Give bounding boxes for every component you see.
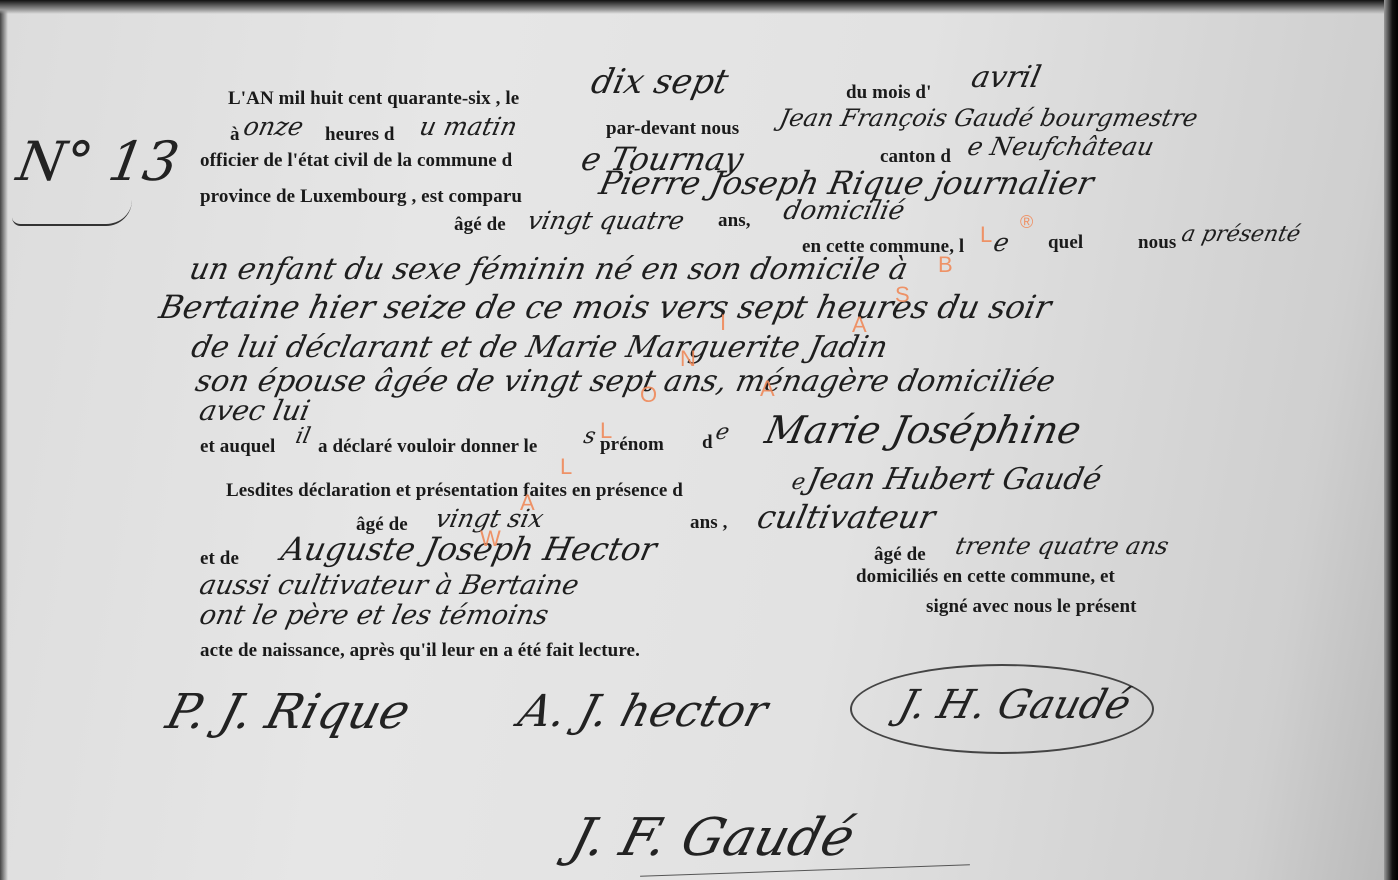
signature-officer: J. F. Gaudé bbox=[564, 808, 861, 868]
printed-de: d bbox=[702, 432, 713, 454]
hw-body-line-3: de lui déclarant et de Marie Marguerite … bbox=[188, 330, 891, 365]
entry-number: N° 13 bbox=[12, 130, 183, 193]
hw-child-name: Marie Joséphine bbox=[761, 408, 1085, 452]
entry-number-flourish bbox=[12, 200, 132, 226]
hw-month: avril bbox=[968, 60, 1044, 95]
printed-month-label: du mois d' bbox=[846, 82, 931, 104]
printed-and-to-whom: et auquel bbox=[200, 436, 275, 458]
watermark-letter: A bbox=[520, 490, 535, 516]
page-right-edge bbox=[1384, 0, 1398, 880]
printed-years: ans, bbox=[718, 210, 751, 232]
watermark-letter: L bbox=[600, 418, 612, 444]
printed-hours: heures d bbox=[325, 124, 395, 146]
hw-presented: a présenté bbox=[1179, 222, 1302, 247]
hw-time-of-day: u matin bbox=[417, 112, 520, 141]
hw-prenom-de: e bbox=[713, 420, 731, 445]
printed-declared-name: a déclaré vouloir donner le bbox=[318, 436, 537, 458]
watermark-letter: O bbox=[640, 382, 657, 408]
signature-witness2: A. J. hector bbox=[513, 686, 773, 737]
watermark-letter: I bbox=[720, 310, 726, 336]
watermark-letter: L bbox=[560, 454, 572, 480]
printed-at: à bbox=[230, 124, 240, 146]
printed-witness2-age-label: âgé de bbox=[874, 544, 926, 566]
hw-hour: onze bbox=[241, 112, 306, 141]
hw-body-line-1: un enfant du sexe féminin né en son domi… bbox=[186, 252, 911, 287]
printed-witnesses-line: Lesdites déclaration et présentation fai… bbox=[226, 480, 683, 502]
printed-nous: nous bbox=[1138, 232, 1176, 254]
watermark-letter: N bbox=[680, 346, 696, 372]
printed-domiciled: domiciliés en cette commune, et bbox=[856, 566, 1115, 588]
watermark-letter: B bbox=[938, 252, 953, 278]
hw-officer: Jean François Gaudé bourgmestre bbox=[777, 104, 1200, 132]
hw-declarant-age: vingt quatre bbox=[525, 206, 687, 235]
printed-birth-act-line: acte de naissance, après qu'il leur en a… bbox=[200, 640, 640, 662]
hw-witness2-age: trente quatre ans bbox=[953, 532, 1171, 560]
watermark-letter: A bbox=[760, 376, 775, 402]
signature-witness1: J. H. Gaudé bbox=[894, 682, 1136, 728]
printed-quel: quel bbox=[1048, 232, 1083, 254]
printed-signed-with-us: signé avec nous le présent bbox=[926, 596, 1137, 618]
document-page: N° 13 L'AN mil huit cent quarante-six , … bbox=[0, 0, 1398, 880]
watermark-letter: W bbox=[480, 526, 501, 552]
printed-officer-line: officier de l'état civil de la commune d bbox=[200, 150, 512, 172]
printed-year-line: L'AN mil huit cent quarante-six , le bbox=[228, 88, 519, 110]
page-top-edge bbox=[0, 0, 1398, 14]
hw-witness2-name: Auguste Joseph Hector bbox=[278, 530, 660, 568]
signature-father: P. J. Rique bbox=[160, 684, 416, 740]
hw-canton: e Neufchâteau bbox=[965, 132, 1157, 161]
printed-before-us: par-devant nous bbox=[606, 118, 739, 140]
watermark-registered-mark: ® bbox=[1020, 212, 1033, 233]
printed-province-line: province de Luxembourg , est comparu bbox=[200, 186, 522, 208]
watermark-letter: S bbox=[895, 282, 910, 308]
printed-age-label: âgé de bbox=[454, 214, 506, 236]
hw-witness1-job: cultivateur bbox=[754, 498, 939, 536]
hw-article-le: s bbox=[581, 424, 598, 449]
hw-il: il bbox=[293, 424, 312, 449]
hw-body-line-4: son épouse âgée de vingt sept ans, ménag… bbox=[192, 364, 1058, 399]
printed-witness1-years: ans , bbox=[690, 512, 727, 534]
hw-witness2-job: aussi cultivateur à Bertaine bbox=[197, 570, 582, 601]
hw-day: dix sept bbox=[588, 62, 732, 102]
watermark-letter: L bbox=[980, 222, 992, 248]
hw-witness1-name: Jean Hubert Gaudé bbox=[804, 462, 1104, 497]
hw-body-line-2: Bertaine hier seize de ce mois vers sept… bbox=[156, 288, 1055, 326]
hw-gender-article: e bbox=[991, 228, 1012, 257]
printed-and-of: et de bbox=[200, 548, 239, 570]
watermark-letter: A bbox=[852, 312, 867, 338]
hw-domicile: domicilié bbox=[781, 196, 908, 226]
page-fold-shadow bbox=[0, 0, 8, 880]
hw-signers: ont le père et les témoins bbox=[197, 600, 552, 631]
hw-body-line-5: avec lui bbox=[196, 394, 313, 427]
